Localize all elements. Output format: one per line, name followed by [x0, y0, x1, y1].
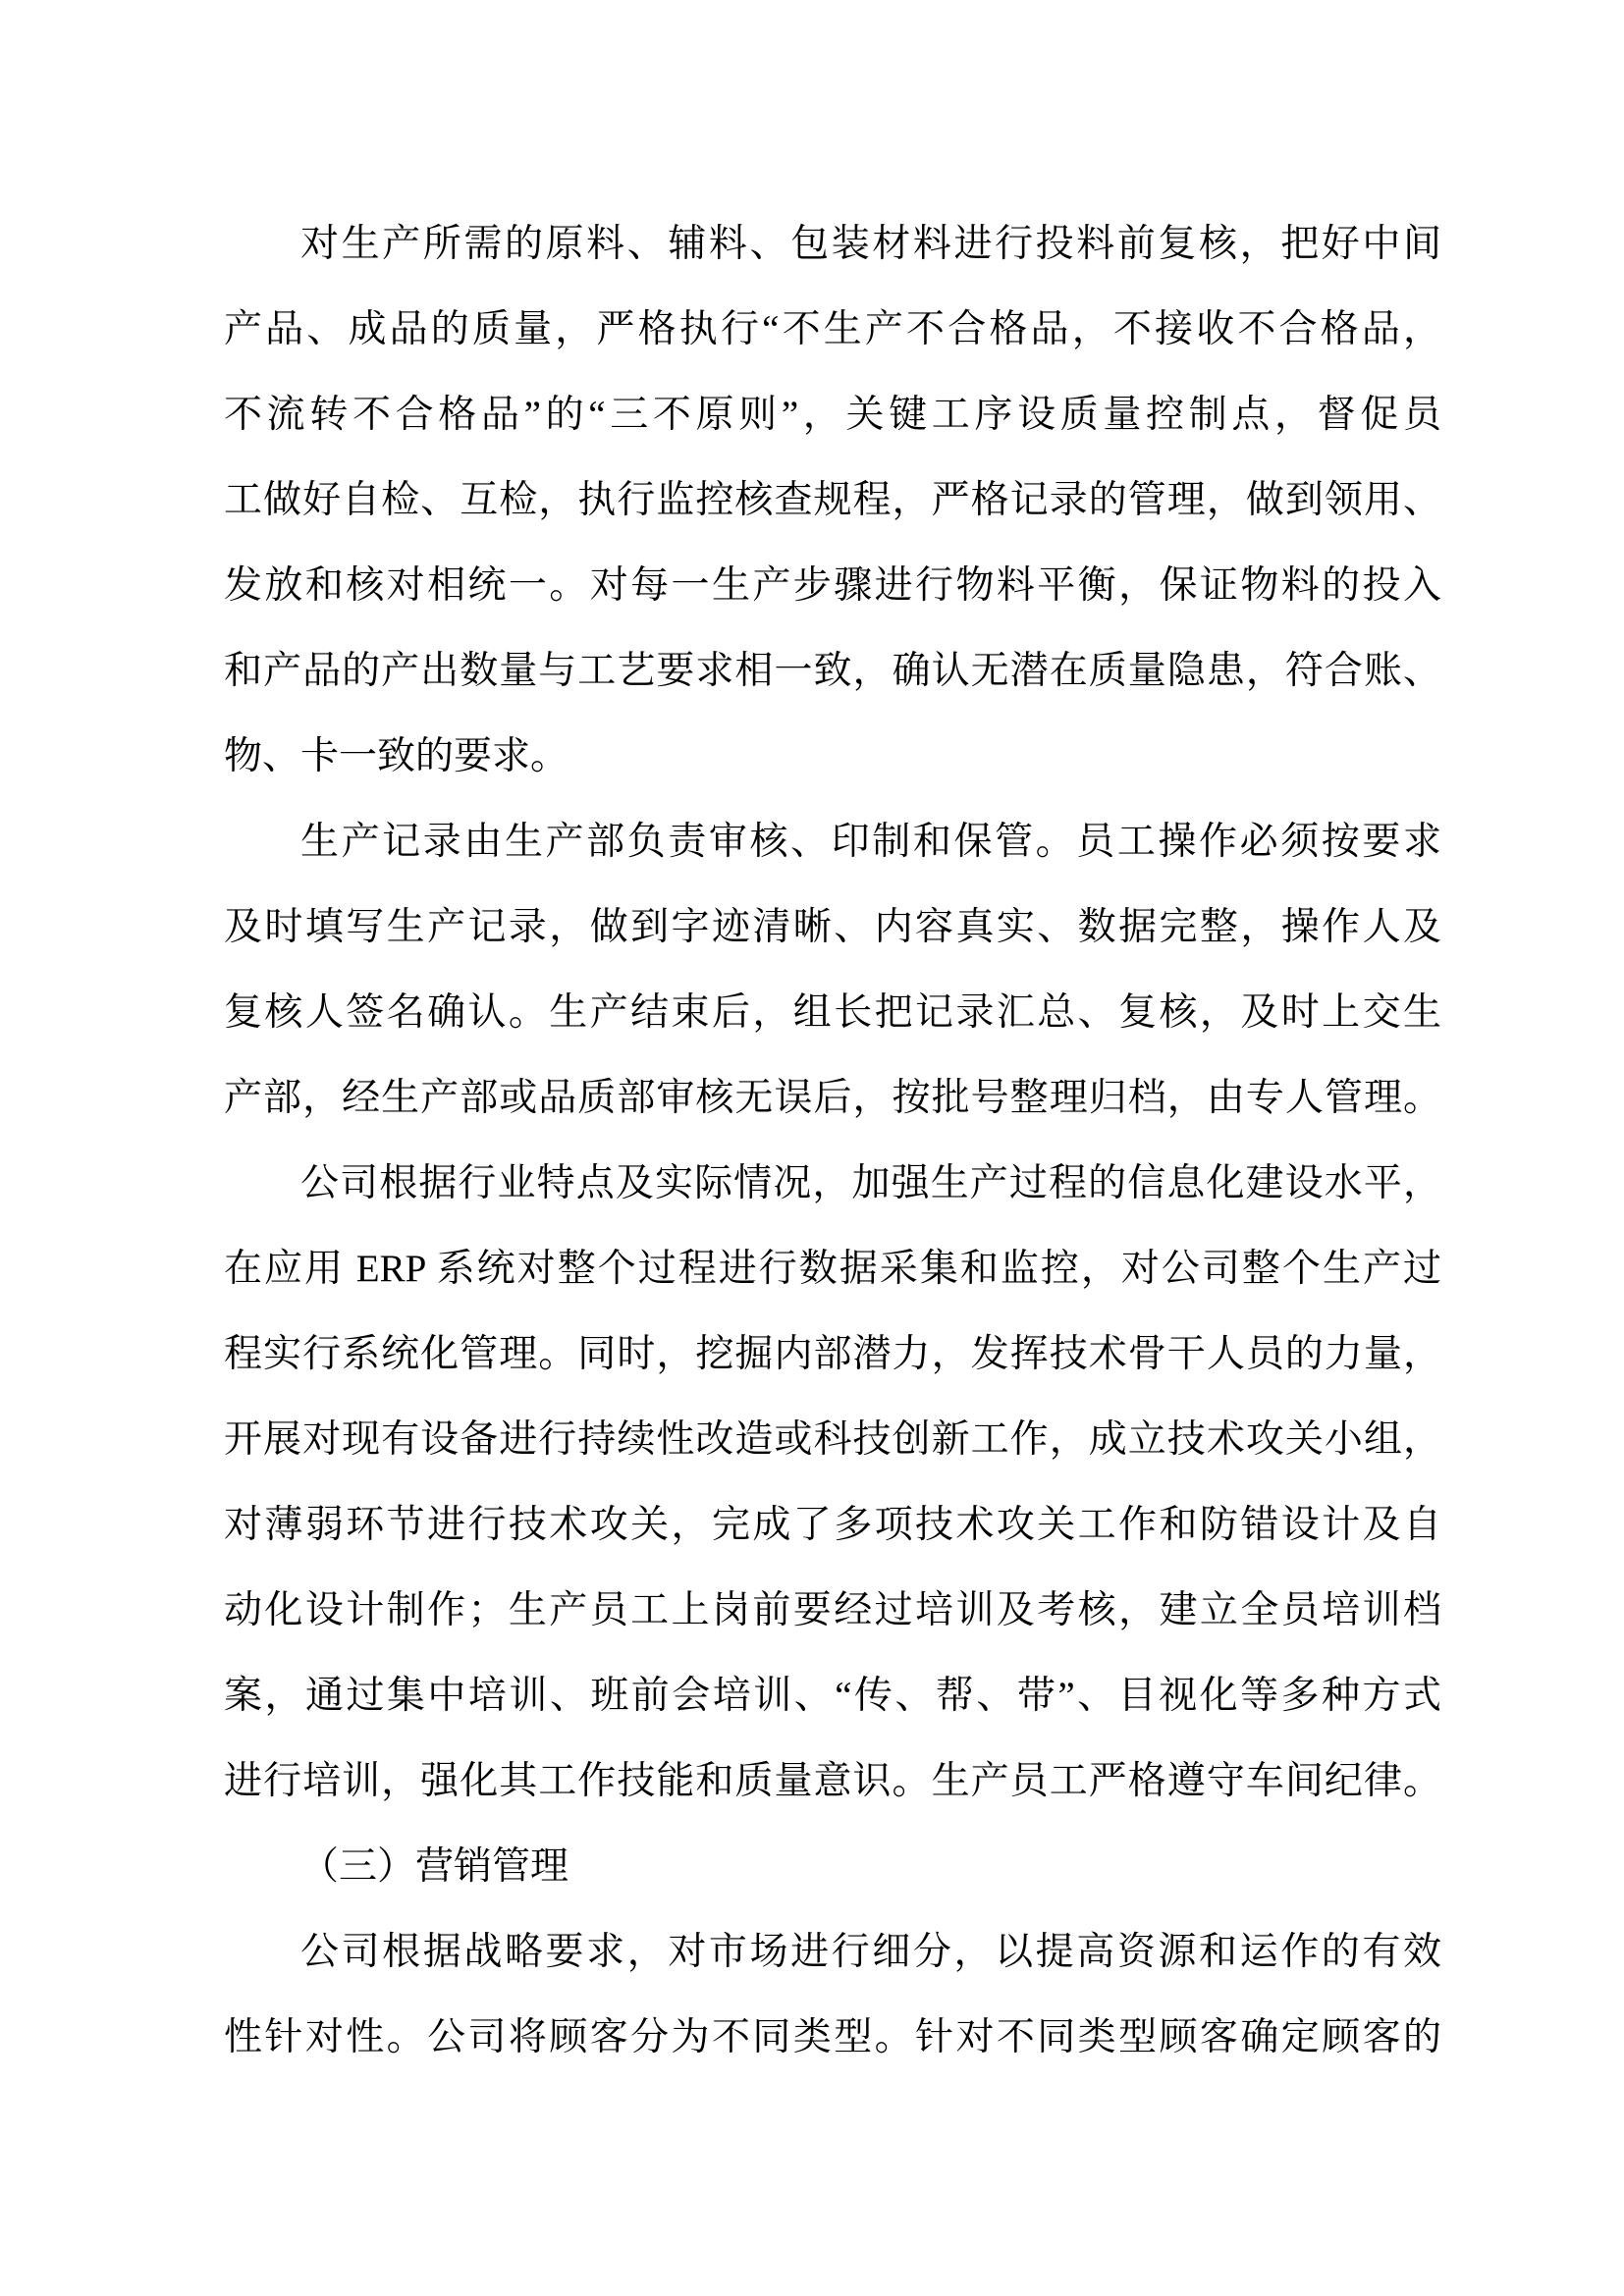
- text-line: 对薄弱环节进行技术攻关，完成了多项技术攻关工作和防错设计及自: [224, 1482, 1441, 1568]
- section-heading-line: （三）营销管理: [224, 1824, 1441, 1909]
- text-line: 发放和核对相统一。对每一生产步骤进行物料平衡，保证物料的投入: [224, 543, 1441, 628]
- document-text-block: 对生产所需的原料、辅料、包装材料进行投料前复核，把好中间产品、成品的质量，严格执…: [224, 201, 1441, 2080]
- text-line: 程实行系统化管理。同时，挖掘内部潜力，发挥技术骨干人员的力量，: [224, 1311, 1441, 1397]
- text-line: 工做好自检、互检，执行监控核查规程，严格记录的管理，做到领用、: [224, 457, 1441, 543]
- text-line: 及时填写生产记录，做到字迹清晰、内容真实、数据完整，操作人及: [224, 884, 1441, 970]
- text-line: 案，通过集中培训、班前会培训、“传、帮、带”、目视化等多种方式: [224, 1653, 1441, 1738]
- text-line: 公司根据战略要求，对市场进行细分，以提高资源和运作的有效: [224, 1909, 1441, 1995]
- document-page: 对生产所需的原料、辅料、包装材料进行投料前复核，把好中间产品、成品的质量，严格执…: [0, 0, 1624, 2296]
- text-line: 在应用 ERP 系统对整个过程进行数据采集和监控，对公司整个生产过: [224, 1226, 1441, 1311]
- text-line: 产品、成品的质量，严格执行“不生产不合格品，不接收不合格品，: [224, 287, 1441, 372]
- text-line: 物、卡一致的要求。: [224, 714, 1441, 799]
- text-line: 生产记录由生产部负责审核、印制和保管。员工操作必须按要求: [224, 799, 1441, 884]
- text-line: 动化设计制作；生产员工上岗前要经过培训及考核，建立全员培训档: [224, 1568, 1441, 1653]
- text-line: 复核人签名确认。生产结束后，组长把记录汇总、复核，及时上交生: [224, 970, 1441, 1055]
- text-line: 公司根据行业特点及实际情况，加强生产过程的信息化建设水平，: [224, 1141, 1441, 1226]
- text-line: 对生产所需的原料、辅料、包装材料进行投料前复核，把好中间: [224, 201, 1441, 287]
- text-line: 和产品的产出数量与工艺要求相一致，确认无潜在质量隐患，符合账、: [224, 628, 1441, 714]
- text-line: 性针对性。公司将顾客分为不同类型。针对不同类型顾客确定顾客的: [224, 1995, 1441, 2080]
- text-line: 产部，经生产部或品质部审核无误后，按批号整理归档，由专人管理。: [224, 1055, 1441, 1141]
- text-line: 进行培训，强化其工作技能和质量意识。生产员工严格遵守车间纪律。: [224, 1738, 1441, 1824]
- text-line: 开展对现有设备进行持续性改造或科技创新工作，成立技术攻关小组，: [224, 1397, 1441, 1482]
- text-line: 不流转不合格品”的“三不原则”，关键工序设质量控制点，督促员: [224, 372, 1441, 457]
